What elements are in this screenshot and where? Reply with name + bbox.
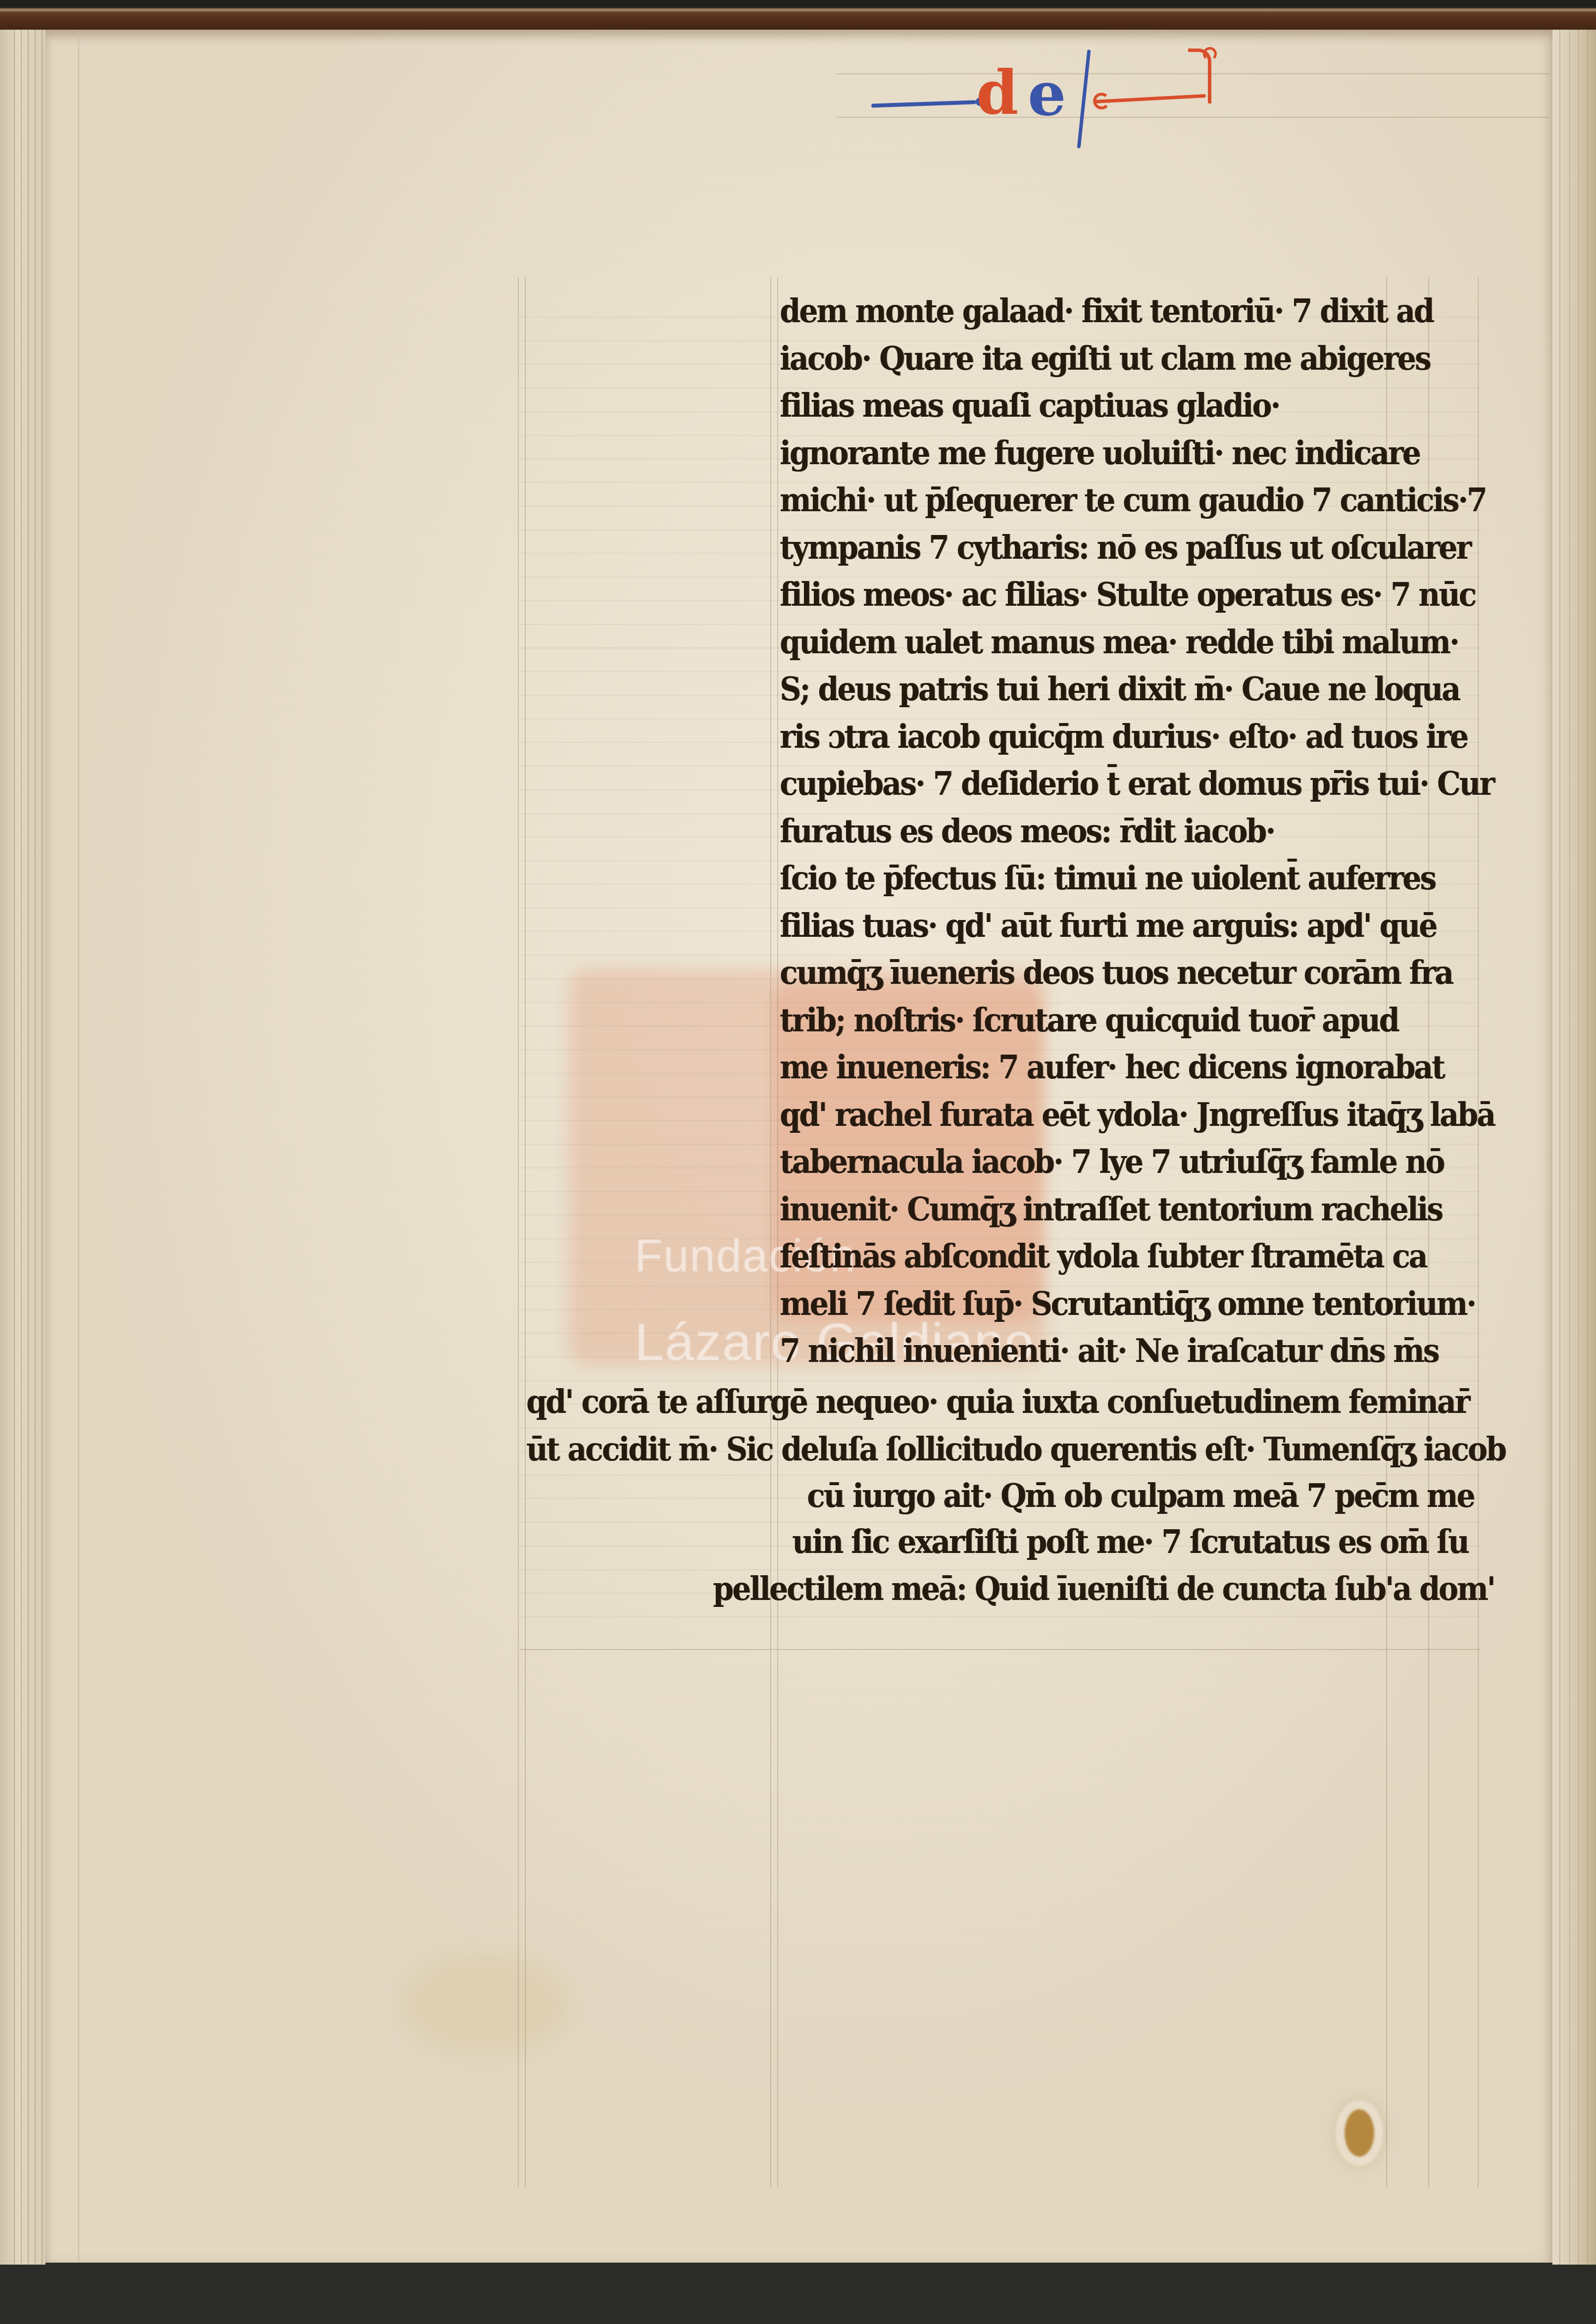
ruling-horizontal-header bbox=[837, 117, 1549, 118]
main-text-line: 7 nichil inuenienti· ait· Ne iraſcatur d… bbox=[780, 1335, 1438, 1367]
photo-background-top bbox=[0, 0, 1596, 8]
main-text-line: dem monte galaad· fixit tentoriū· 7 dixi… bbox=[780, 295, 1433, 328]
page-crease bbox=[78, 30, 79, 2263]
ruling-vertical bbox=[525, 277, 526, 2187]
main-text-line: cū iurgo ait· Qm̄ ob culpam meā 7 pec̄m … bbox=[807, 1480, 1474, 1512]
main-text-line: inuenit· Cumq̄ʒ intraſſet tentorium rach… bbox=[780, 1193, 1442, 1226]
running-title-letter-right: e bbox=[1028, 63, 1066, 124]
running-title-curl-icon bbox=[1188, 48, 1211, 103]
main-text-line: cupiebas· 7 deſiderio t̄ erat domus pr̄i… bbox=[780, 768, 1494, 800]
main-text-line: me inueneris: 7 aufer· hec dicens ignora… bbox=[780, 1051, 1444, 1084]
main-text-line: meli 7 ſedit ſup̄· Scrutantiq̄ʒ omne ten… bbox=[780, 1288, 1475, 1320]
main-text-line: filias tuas· qd' aūt furti me arguis: ap… bbox=[780, 910, 1436, 942]
main-text-line: feſtinās abſcondit ydola ſubter ſtramēta… bbox=[780, 1240, 1426, 1273]
running-title-letter-left: d bbox=[976, 62, 1018, 123]
main-text-line: filios meos· ac filias· Stulte operatus … bbox=[780, 579, 1475, 611]
main-text-line: uin ſic exarſiſti poſt me· 7 ſcrutatus e… bbox=[792, 1526, 1468, 1558]
main-text-line: ūt accidit m̄· Sic deluſa ſollicitudo qu… bbox=[526, 1433, 1505, 1466]
ruling-horizontal bbox=[520, 1649, 1480, 1650]
main-text-line: filias meas quaſi captiuas gladio· bbox=[780, 389, 1279, 422]
main-text-line: cumq̄ʒ īueneris deos tuos necetur corām … bbox=[780, 957, 1452, 989]
main-text-line: S; deus patris tui heri dixit m̄· Caue n… bbox=[780, 673, 1459, 706]
main-text-line: pellectilem meā: Quid īueniſti de cuncta… bbox=[713, 1573, 1495, 1605]
amber-stain bbox=[1345, 2109, 1374, 2157]
manuscript-photo: d e Fundación Lázaro Galdiano dem monte … bbox=[0, 0, 1596, 2324]
page-edges-left bbox=[0, 30, 46, 2265]
yellow-stain bbox=[402, 1952, 570, 2056]
main-text-line: michi· ut p̄ſequerer te cum gaudio 7 can… bbox=[780, 484, 1486, 517]
main-text-line: trib; noſtris· ſcrutare quicquid tuor̄ a… bbox=[780, 1004, 1398, 1037]
main-text-line: ignorante me fugere uoluiſti· nec indica… bbox=[780, 437, 1420, 470]
main-text-line: tabernacula iacob· 7 lye 7 utriuſq̄ʒ fam… bbox=[780, 1146, 1444, 1178]
main-text-line: tympanis 7 cytharis: nō es paſſus ut oſc… bbox=[780, 532, 1470, 564]
main-text-line: ſcio te p̄fectus ſū: timui ne uiolent̄ a… bbox=[780, 862, 1435, 895]
main-text-line: qd' rachel furata eēt ydola· Jngreſſus i… bbox=[780, 1099, 1495, 1131]
ruling-vertical bbox=[1478, 277, 1479, 2187]
main-text-line: furatus es deos meos: r̄dit iacob· bbox=[780, 815, 1274, 848]
book-cover-top-edge bbox=[0, 8, 1596, 33]
main-text-line: ris ɔtra iacob quicq̄m durius· eſto· ad … bbox=[780, 721, 1467, 753]
main-text-line: qd' corā te aſſurgē nequeo· quia iuxta c… bbox=[526, 1386, 1469, 1418]
main-text-line: iacob· Quare ita egiſti ut clam me abige… bbox=[780, 342, 1430, 375]
ruling-vertical bbox=[518, 277, 519, 2187]
page-edges-right bbox=[1552, 30, 1596, 2265]
main-text-line: quidem ualet manus mea· redde tibi malum… bbox=[780, 626, 1458, 659]
